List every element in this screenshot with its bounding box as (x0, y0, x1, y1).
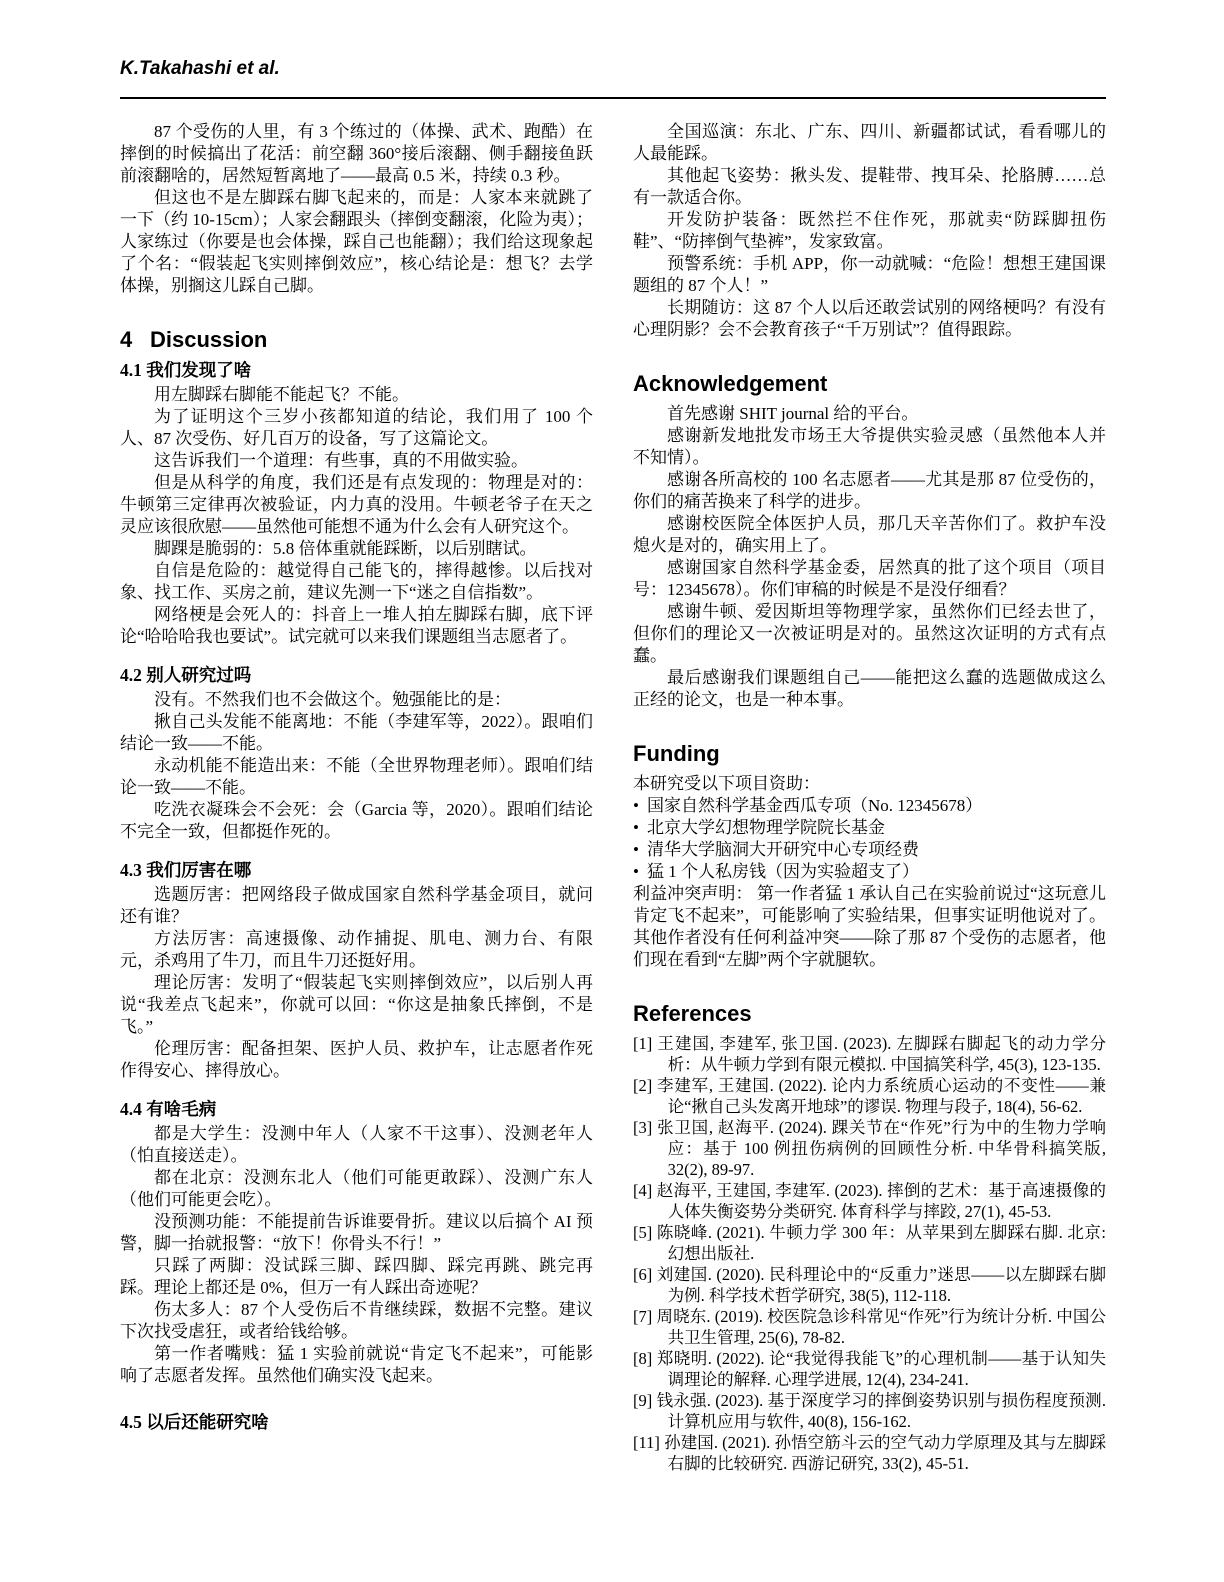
reference-entry: [5] 陈晓峰. (2021). 牛顿力学 300 年：从苹果到左脚踩右脚. 北… (633, 1222, 1106, 1264)
body-paragraph: 感谢牛顿、爱因斯坦等物理学家，虽然你们已经去世了，但你们的理论又一次被证明是对的… (633, 601, 1106, 667)
body-paragraph: 自信是危险的：越觉得自己能飞的，摔得越惨。以后找对象、找工作、买房之前，建议先测… (120, 560, 593, 604)
section-heading-acknowledgement: Acknowledgement (633, 371, 1106, 397)
reference-label: [9] (633, 1391, 652, 1410)
reference-text: 郑晓明. (2022). 论“我觉得我能飞”的心理机制——基于认知失调理论的解释… (657, 1349, 1106, 1389)
reference-entry: [6] 刘建国. (2020). 民科理论中的“反重力”迷思——以左脚踩右脚为例… (633, 1264, 1106, 1306)
reference-text: 李建军, 王建国. (2022). 论内力系统质心运动的不变性——兼论“揪自己头… (657, 1076, 1106, 1116)
reference-entry: [7] 周晓东. (2019). 校医院急诊科常见“作死”行为统计分析. 中国公… (633, 1306, 1106, 1348)
reference-entry: [11] 孙建国. (2021). 孙悟空筋斗云的空气动力学原理及其与左脚踩右脚… (633, 1432, 1106, 1474)
body-paragraph: 感谢校医院全体医护人员，那几天辛苦你们了。救护车没熄火是对的，确实用上了。 (633, 513, 1106, 557)
body-paragraph: 永动机能不能造出来：不能（全世界物理老师）。跟咱们结论一致——不能。 (120, 755, 593, 799)
reference-label: [7] (633, 1307, 652, 1326)
reference-text: 王建国, 李建军, 张卫国. (2023). 左脚踩右脚起飞的动力学分析：从牛顿… (657, 1034, 1106, 1074)
body-paragraph: 选题厉害：把网络段子做成国家自然科学基金项目，就问还有谁？ (120, 884, 593, 928)
subsection-heading-4-4: 4.4 有啥毛病 (120, 1098, 593, 1121)
section-title: Discussion (150, 327, 267, 352)
reference-text: 孙建国. (2021). 孙悟空筋斗云的空气动力学原理及其与左脚踩右脚的比较研究… (664, 1433, 1106, 1473)
reference-text: 钱永强. (2023). 基于深度学习的摔倒姿势识别与损伤程度预测. 计算机应用… (657, 1391, 1106, 1431)
reference-text: 周晓东. (2019). 校医院急诊科常见“作死”行为统计分析. 中国公共卫生管… (657, 1307, 1107, 1347)
body-paragraph: 吃洗衣凝珠会不会死：会（Garcia 等，2020）。跟咱们结论不完全一致，但都… (120, 799, 593, 843)
funding-item: 猛 1 个人私房钱（因为实验超支了） (633, 861, 1106, 883)
reference-list: [1] 王建国, 李建军, 张卫国. (2023). 左脚踩右脚起飞的动力学分析… (633, 1033, 1106, 1474)
intro-paragraph: 87 个受伤的人里，有 3 个练过的（体操、武术、跑酷）在摔倒的时候搞出了花活：… (120, 121, 593, 187)
funding-item: 国家自然科学基金西瓜专项（No. 12345678） (633, 795, 1106, 817)
reference-entry: [2] 李建军, 王建国. (2022). 论内力系统质心运动的不变性——兼论“… (633, 1075, 1106, 1117)
reference-entry: [1] 王建国, 李建军, 张卫国. (2023). 左脚踩右脚起飞的动力学分析… (633, 1033, 1106, 1075)
body-paragraph: 都是大学生：没测中年人（人家不干这事）、没测老年人（怕直接送走）。 (120, 1123, 593, 1167)
reference-text: 赵海平, 王建国, 李建军. (2023). 摔倒的艺术：基于高速摄像的人体失衡… (657, 1181, 1106, 1221)
funding-intro: 本研究受以下项目资助： (633, 773, 1106, 795)
funding-list: 国家自然科学基金西瓜专项（No. 12345678） 北京大学幻想物理学院院长基… (633, 795, 1106, 883)
body-paragraph: 只踩了两脚：没试踩三脚、踩四脚、踩完再跳、跳完再踩。理论上都还是 0%，但万一有… (120, 1255, 593, 1299)
body-paragraph: 脚踝是脆弱的：5.8 倍体重就能踩断，以后别瞎试。 (120, 538, 593, 560)
reference-label: [11] (633, 1433, 660, 1452)
section-heading-discussion: 4Discussion (120, 327, 593, 353)
body-paragraph: 没有。不然我们也不会做这个。勉强能比的是： (120, 689, 593, 711)
body-paragraph: 长期随访：这 87 个人以后还敢尝试别的网络梗吗？有没有心理阴影？会不会教育孩子… (633, 297, 1106, 341)
body-paragraph: 伤太多人：87 个人受伤后不肯继续踩，数据不完整。建议下次找受虐狂，或者给钱给够… (120, 1299, 593, 1343)
reference-label: [3] (633, 1118, 652, 1137)
body-paragraph: 其他起飞姿势：揪头发、提鞋带、拽耳朵、抡胳膊……总有一款适合你。 (633, 165, 1106, 209)
conflict-of-interest-statement: 利益冲突声明： 第一作者猛 1 承认自己在实验前说过“这玩意儿肯定飞不起来”，可… (633, 883, 1106, 971)
body-paragraph: 方法厉害：高速摄像、动作捕捉、肌电、测力台、有限元，杀鸡用了牛刀，而且牛刀还挺好… (120, 928, 593, 972)
body-paragraph: 感谢国家自然科学基金委，居然真的批了这个项目（项目号：12345678）。你们审… (633, 557, 1106, 601)
running-head: K.Takahashi et al. (120, 58, 1106, 80)
subsection-heading-4-3: 4.3 我们厉害在哪 (120, 859, 593, 882)
funding-item: 北京大学幻想物理学院院长基金 (633, 817, 1106, 839)
reference-label: [4] (633, 1181, 652, 1200)
reference-label: [5] (633, 1223, 652, 1242)
reference-label: [2] (633, 1076, 652, 1095)
body-paragraph: 这告诉我们一个道理：有些事，真的不用做实验。 (120, 450, 593, 472)
left-column: 87 个受伤的人里，有 3 个练过的（体操、武术、跑酷）在摔倒的时候搞出了花活：… (120, 121, 593, 1474)
reference-label: [1] (633, 1034, 652, 1053)
right-column: 全国巡演：东北、广东、四川、新疆都试试，看看哪儿的人最能踩。 其他起飞姿势：揪头… (633, 121, 1106, 1474)
header-divider-rule (120, 97, 1106, 99)
body-paragraph: 全国巡演：东北、广东、四川、新疆都试试，看看哪儿的人最能踩。 (633, 121, 1106, 165)
body-paragraph: 伦理厉害：配备担架、医护人员、救护车，让志愿者作死作得安心、摔得放心。 (120, 1038, 593, 1082)
subsection-heading-4-2: 4.2 别人研究过吗 (120, 664, 593, 687)
body-paragraph: 为了证明这个三岁小孩都知道的结论，我们用了 100 个人、87 次受伤、好几百万… (120, 406, 593, 450)
body-paragraph: 预警系统：手机 APP，你一动就喊：“危险！想想王建国课题组的 87 个人！” (633, 253, 1106, 297)
reference-label: [8] (633, 1349, 652, 1368)
reference-label: [6] (633, 1265, 652, 1284)
funding-item: 清华大学脑洞大开研究中心专项经费 (633, 839, 1106, 861)
section-heading-references: References (633, 1001, 1106, 1027)
two-column-body: 87 个受伤的人里，有 3 个练过的（体操、武术、跑酷）在摔倒的时候搞出了花活：… (120, 121, 1106, 1474)
body-paragraph: 没预测功能：不能提前告诉谁要骨折。建议以后搞个 AI 预警，脚一抬就报警：“放下… (120, 1211, 593, 1255)
reference-text: 陈晓峰. (2021). 牛顿力学 300 年：从苹果到左脚踩右脚. 北京: 幻… (657, 1223, 1106, 1263)
section-heading-funding: Funding (633, 741, 1106, 767)
body-paragraph: 都在北京：没测东北人（他们可能更敢踩）、没测广东人（他们可能更会吃）。 (120, 1167, 593, 1211)
body-paragraph: 开发防护装备：既然拦不住作死，那就卖“防踩脚扭伤鞋”、“防摔倒气垫裤”，发家致富… (633, 209, 1106, 253)
body-paragraph: 感谢各所高校的 100 名志愿者——尤其是那 87 位受伤的，你们的痛苦换来了科… (633, 469, 1106, 513)
body-paragraph: 感谢新发地批发市场王大爷提供实验灵感（虽然他本人并不知情）。 (633, 425, 1106, 469)
reference-text: 刘建国. (2020). 民科理论中的“反重力”迷思——以左脚踩右脚为例. 科学… (657, 1265, 1106, 1305)
body-paragraph: 首先感谢 SHIT journal 给的平台。 (633, 403, 1106, 425)
reference-entry: [4] 赵海平, 王建国, 李建军. (2023). 摔倒的艺术：基于高速摄像的… (633, 1180, 1106, 1222)
subsection-heading-4-1: 4.1 我们发现了啥 (120, 359, 593, 382)
reference-entry: [8] 郑晓明. (2022). 论“我觉得我能飞”的心理机制——基于认知失调理… (633, 1348, 1106, 1390)
body-paragraph: 用左脚踩右脚能不能起飞？不能。 (120, 384, 593, 406)
subsection-heading-4-5: 4.5 以后还能研究啥 (120, 1411, 593, 1434)
reference-entry: [3] 张卫国, 赵海平. (2024). 踝关节在“作死”行为中的生物力学响应… (633, 1117, 1106, 1180)
reference-text: 张卫国, 赵海平. (2024). 踝关节在“作死”行为中的生物力学响应：基于 … (657, 1118, 1106, 1179)
body-paragraph: 最后感谢我们课题组自己——能把这么蠢的选题做成这么正经的论文，也是一种本事。 (633, 667, 1106, 711)
body-paragraph: 理论厉害：发明了“假装起飞实则摔倒效应”，以后别人再说“我差点飞起来”，你就可以… (120, 972, 593, 1038)
body-paragraph: 揪自己头发能不能离地：不能（李建军等，2022）。跟咱们结论一致——不能。 (120, 711, 593, 755)
reference-entry: [9] 钱永强. (2023). 基于深度学习的摔倒姿势识别与损伤程度预测. 计… (633, 1390, 1106, 1432)
body-paragraph: 网络梗是会死人的：抖音上一堆人拍左脚踩右脚，底下评论“哈哈哈我也要试”。试完就可… (120, 604, 593, 648)
section-number: 4 (120, 327, 150, 353)
intro-paragraph: 但这也不是左脚踩右脚飞起来的，而是：人家本来就跳了一下（约 10-15cm）；人… (120, 187, 593, 297)
paper-page: K.Takahashi et al. 87 个受伤的人里，有 3 个练过的（体操… (0, 0, 1224, 1582)
body-paragraph: 但是从科学的角度，我们还是有点发现的：物理是对的：牛顿第三定律再次被验证，内力真… (120, 472, 593, 538)
body-paragraph: 第一作者嘴贱：猛 1 实验前就说“肯定飞不起来”，可能影响了志愿者发挥。虽然他们… (120, 1343, 593, 1387)
